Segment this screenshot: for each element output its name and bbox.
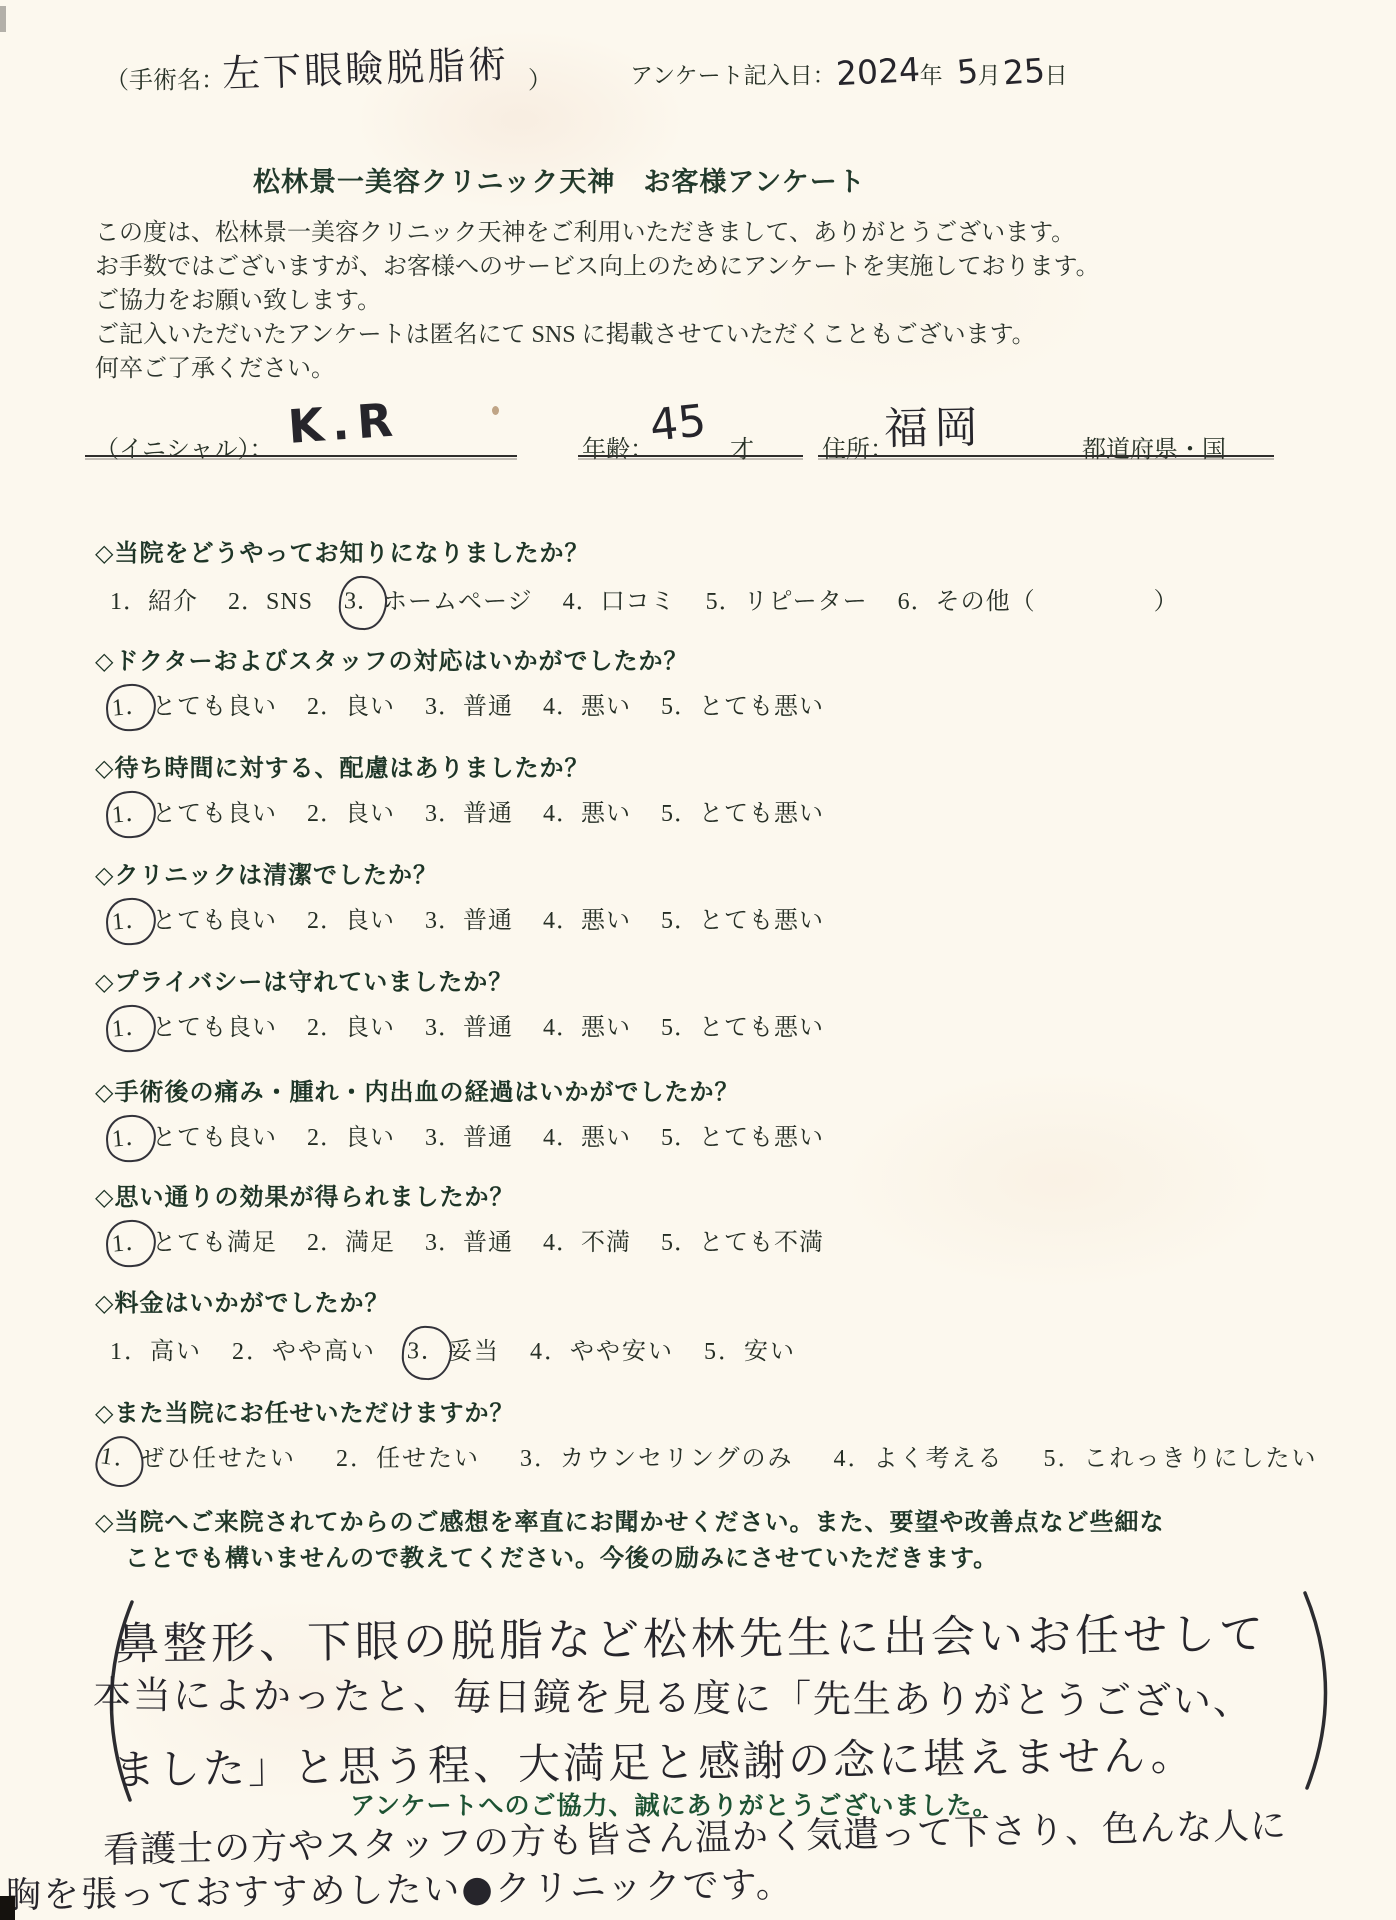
q4-opt1-label: とても良い xyxy=(152,908,277,934)
q8-opt4-label: やや安い xyxy=(570,1339,674,1365)
q8-opt1-label: 高い xyxy=(150,1339,202,1365)
date-day-handwriting: 25 xyxy=(1001,51,1046,93)
question-7-prompt: ◇思い通りの効果が得られましたか？ xyxy=(95,1177,824,1212)
q3-opt5-label: とても悪い xyxy=(699,801,824,827)
q1-opt4-num: 4． xyxy=(563,581,601,616)
address-underline xyxy=(818,455,1274,457)
question-3: ◇待ち時間に対する、配慮はありましたか？ 1．とても良い2．良い3．普通4．悪い… xyxy=(95,748,824,828)
date-year-unit: 年 xyxy=(920,57,943,90)
q6-opt1-label: とても良い xyxy=(152,1125,277,1151)
q7-opt2-num: 2． xyxy=(307,1222,345,1257)
q1-opt5-num: 5． xyxy=(706,581,744,616)
q4-opt5-num: 5． xyxy=(661,900,699,935)
initial-underline xyxy=(85,455,517,457)
q1-opt5-label: リピーター xyxy=(744,589,868,615)
question-2: ◇ドクターおよびスタッフの対応はいかがでしたか？ 1．とても良い2．良い3．普通… xyxy=(95,641,824,721)
q6-opt1-num-circled: 1． xyxy=(104,1113,158,1164)
bracket-right-mark xyxy=(1296,1588,1351,1793)
intro-line-1: この度は、松林景一美容クリニック天神をご利用いただきまして、ありがとうございます… xyxy=(95,216,1100,250)
q1-opt3-label: ホームページ xyxy=(383,589,533,615)
q3-opt1-num-circled: 1． xyxy=(104,789,158,840)
q4-opt5-label: とても悪い xyxy=(699,908,824,934)
q2-opt2-num: 2． xyxy=(307,686,345,721)
q2-opt1-label: とても良い xyxy=(152,694,277,720)
q1-opt4-label: 口コミ xyxy=(601,589,676,615)
q2-opt5-num: 5． xyxy=(661,686,699,721)
q3-opt4-num: 4． xyxy=(543,793,581,828)
q1-opt6-label: その他（ xyxy=(936,589,1036,615)
intro-line-2: お手数ではございますが、お客様へのサービス向上のためにアンケートを実施しておりま… xyxy=(95,250,1100,284)
q7-opt2-label: 満足 xyxy=(345,1230,395,1256)
q8-opt4-num: 4． xyxy=(530,1331,570,1366)
q6-opt4-num: 4． xyxy=(543,1117,581,1152)
age-unit: 才 xyxy=(730,429,754,464)
address-unit: 都道府県・国 xyxy=(1082,429,1226,464)
q4-opt4-label: 悪い xyxy=(581,908,631,934)
q9-opt4-label: よく考える xyxy=(874,1446,1004,1472)
q5-opt4-label: 悪い xyxy=(581,1015,631,1041)
handwritten-comment-line-1: 鼻整形、下眼の脱脂など松林先生に出会いお任せして xyxy=(115,1598,1268,1672)
q6-opt2-label: 良い xyxy=(345,1125,395,1151)
q9-opt3-label: カウンセリングのみ xyxy=(560,1446,794,1472)
q2-opt4-label: 悪い xyxy=(581,694,631,720)
date-day-unit: 日 xyxy=(1045,57,1068,90)
q9-opt1-label: ぜひ任せたい xyxy=(140,1446,296,1472)
q3-opt3-num: 3． xyxy=(425,793,463,828)
intro-line-4: ご記入いただいたアンケートは匿名にて SNS に掲載させていただくこともございま… xyxy=(95,318,1100,352)
q9-opt1-num-circled: 1． xyxy=(92,1433,147,1491)
question-8-prompt: ◇料金はいかがでしたか？ xyxy=(95,1283,796,1318)
age-label: 年齢： xyxy=(582,429,654,464)
initial-value-handwriting: K.R xyxy=(286,392,402,454)
intro-paragraph: この度は、松林景一美容クリニック天神をご利用いただきまして、ありがとうございます… xyxy=(95,216,1100,386)
q4-opt1-num-circled: 1． xyxy=(104,896,158,947)
q1-opt1-label: 紹介 xyxy=(148,589,198,615)
page-title: 松林景一美容クリニック天神 お客様アンケート xyxy=(253,160,866,199)
q8-opt5-num: 5． xyxy=(704,1331,744,1366)
q5-opt2-num: 2． xyxy=(307,1007,345,1042)
q7-opt3-num: 3． xyxy=(425,1222,463,1257)
question-2-prompt: ◇ドクターおよびスタッフの対応はいかがでしたか？ xyxy=(95,641,824,676)
scan-corner-mark xyxy=(0,1896,15,1920)
q8-opt5-label: 安い xyxy=(744,1339,796,1365)
q3-opt5-num: 5． xyxy=(661,793,699,828)
question-1-prompt: ◇当院をどうやってお知りになりましたか？ xyxy=(95,533,1179,568)
surgery-label-open: （手術名： xyxy=(105,60,225,95)
closing-note: アンケートへのご協力、誠にありがとうございました。 xyxy=(350,1786,999,1822)
q2-opt1-num-circled: 1． xyxy=(104,682,158,733)
initial-label: （イニシャル）： xyxy=(95,429,274,464)
q7-opt4-label: 不満 xyxy=(581,1230,631,1256)
survey-date: アンケート記入日： 2024 年 5 月 25 日 xyxy=(630,52,1068,91)
q8-opt2-label: やや高い xyxy=(272,1339,376,1365)
q5-opt3-label: 普通 xyxy=(463,1015,513,1041)
q5-opt5-label: とても悪い xyxy=(699,1015,824,1041)
age-underline xyxy=(578,455,803,457)
surgery-label-close: ） xyxy=(528,60,552,95)
q3-opt3-label: 普通 xyxy=(463,801,513,827)
q5-opt3-num: 3． xyxy=(425,1007,463,1042)
question-9: ◇また当院にお任せいただけますか？ 1．ぜひ任せたい2．任せたい3．カウンセリン… xyxy=(95,1393,1358,1477)
question-5-prompt: ◇プライバシーは守れていましたか？ xyxy=(95,962,824,997)
q4-opt2-label: 良い xyxy=(345,908,395,934)
q8-opt2-num: 2． xyxy=(232,1331,272,1366)
address-value-handwriting: 福岡 xyxy=(883,391,984,457)
feedback-prompt-line-2: ことでも構いませんので教えてください。今後の励みにさせていただきます。 xyxy=(125,1538,998,1573)
q3-opt4-label: 悪い xyxy=(581,801,631,827)
q9-opt5-label: これっきりにしたい xyxy=(1084,1446,1318,1472)
q9-opt2-label: 任せたい xyxy=(376,1446,480,1472)
q8-opt1-num: 1． xyxy=(110,1331,150,1366)
q2-opt5-label: とても悪い xyxy=(699,694,824,720)
question-5: ◇プライバシーは守れていましたか？ 1．とても良い2．良い3．普通4．悪い5．と… xyxy=(95,962,824,1042)
q7-opt1-num-circled: 1． xyxy=(104,1218,158,1269)
q7-opt3-label: 普通 xyxy=(463,1230,513,1256)
q9-opt2-num: 2． xyxy=(336,1438,376,1473)
q4-opt4-num: 4． xyxy=(543,900,581,935)
scan-edge-mark-top xyxy=(0,6,6,32)
date-label: アンケート記入日： xyxy=(630,57,836,90)
q3-opt1-label: とても良い xyxy=(152,801,277,827)
handwritten-comment-line-2: 本当によかったと、毎日鏡を見る度に「先生ありがとうござい、 xyxy=(93,1664,1253,1725)
q1-opt1-num: 1． xyxy=(110,581,148,616)
date-year-handwriting: 2024 xyxy=(835,50,921,93)
q1-opt6-num: 6． xyxy=(898,581,936,616)
q1-opt3-num-circled: 3． xyxy=(338,575,389,631)
q6-opt5-num: 5． xyxy=(661,1117,699,1152)
q6-opt3-num: 3． xyxy=(425,1117,463,1152)
ink-speck xyxy=(492,406,499,415)
question-6: ◇手術後の痛み・腫れ・内出血の経過はいかがでしたか？ 1．とても良い2．良い3．… xyxy=(95,1072,824,1152)
q9-opt5-num: 5． xyxy=(1044,1438,1084,1473)
intro-line-3: ご協力をお願い致します。 xyxy=(95,284,1100,318)
q4-opt3-label: 普通 xyxy=(463,908,513,934)
q9-opt4-num: 4． xyxy=(834,1438,874,1473)
q1-opt2-label: SNS xyxy=(266,589,313,615)
q4-opt3-num: 3． xyxy=(425,900,463,935)
survey-page: （手術名： 左下眼瞼脱脂術 ） アンケート記入日： 2024 年 5 月 25 … xyxy=(0,0,1396,1920)
q9-opt3-num: 3． xyxy=(520,1438,560,1473)
question-6-prompt: ◇手術後の痛み・腫れ・内出血の経過はいかがでしたか？ xyxy=(95,1072,824,1107)
q2-opt3-num: 3． xyxy=(425,686,463,721)
q5-opt1-num-circled: 1． xyxy=(104,1003,158,1054)
question-1: ◇当院をどうやってお知りになりましたか？ 1．紹介2．SNS3．ホームページ4．… xyxy=(95,533,1179,620)
q5-opt2-label: 良い xyxy=(345,1015,395,1041)
q7-opt5-label: とても不満 xyxy=(699,1230,824,1256)
question-4: ◇クリニックは清潔でしたか？ 1．とても良い2．良い3．普通4．悪い5．とても悪… xyxy=(95,855,824,935)
age-value-handwriting: 45 xyxy=(647,395,708,452)
date-month-unit: 月 xyxy=(978,57,1001,90)
q5-opt1-label: とても良い xyxy=(152,1015,277,1041)
q7-opt1-label: とても満足 xyxy=(152,1230,277,1256)
q7-opt4-num: 4． xyxy=(543,1222,581,1257)
question-4-prompt: ◇クリニックは清潔でしたか？ xyxy=(95,855,824,890)
date-month-handwriting: 5 xyxy=(955,51,980,92)
q8-opt3-num-circled: 3． xyxy=(401,1325,454,1382)
question-7: ◇思い通りの効果が得られましたか？ 1．とても満足2．満足3．普通4．不満5．と… xyxy=(95,1177,824,1257)
question-8: ◇料金はいかがでしたか？ 1．高い2．やや高い3．妥当4．やや安い5．安い xyxy=(95,1283,796,1370)
q7-opt5-num: 5． xyxy=(661,1222,699,1257)
q6-opt4-label: 悪い xyxy=(581,1125,631,1151)
q2-opt4-num: 4． xyxy=(543,686,581,721)
q1-opt2-num: 2． xyxy=(228,581,266,616)
question-9-prompt: ◇また当院にお任せいただけますか？ xyxy=(95,1393,1358,1428)
q8-opt3-label: 妥当 xyxy=(448,1339,500,1365)
q5-opt5-num: 5． xyxy=(661,1007,699,1042)
q5-opt4-num: 4． xyxy=(543,1007,581,1042)
q2-opt3-label: 普通 xyxy=(463,694,513,720)
handwritten-comment-line-5: 胸を張っておすすめしたい●クリニックです。 xyxy=(5,1856,794,1918)
q1-other-close: ） xyxy=(1154,589,1179,615)
q6-opt5-label: とても悪い xyxy=(699,1125,824,1151)
q3-opt2-label: 良い xyxy=(345,801,395,827)
feedback-prompt-line-1: ◇当院へご来院されてからのご感想を率直にお聞かせください。また、要望や改善点など… xyxy=(95,1502,1164,1537)
intro-line-5: 何卒ご了承ください。 xyxy=(95,352,1100,386)
q6-opt3-label: 普通 xyxy=(463,1125,513,1151)
q6-opt2-num: 2． xyxy=(307,1117,345,1152)
surgery-name-handwriting: 左下眼瞼脱脂術 xyxy=(221,33,510,98)
q2-opt2-label: 良い xyxy=(345,694,395,720)
question-3-prompt: ◇待ち時間に対する、配慮はありましたか？ xyxy=(95,748,824,783)
q4-opt2-num: 2． xyxy=(307,900,345,935)
q3-opt2-num: 2． xyxy=(307,793,345,828)
